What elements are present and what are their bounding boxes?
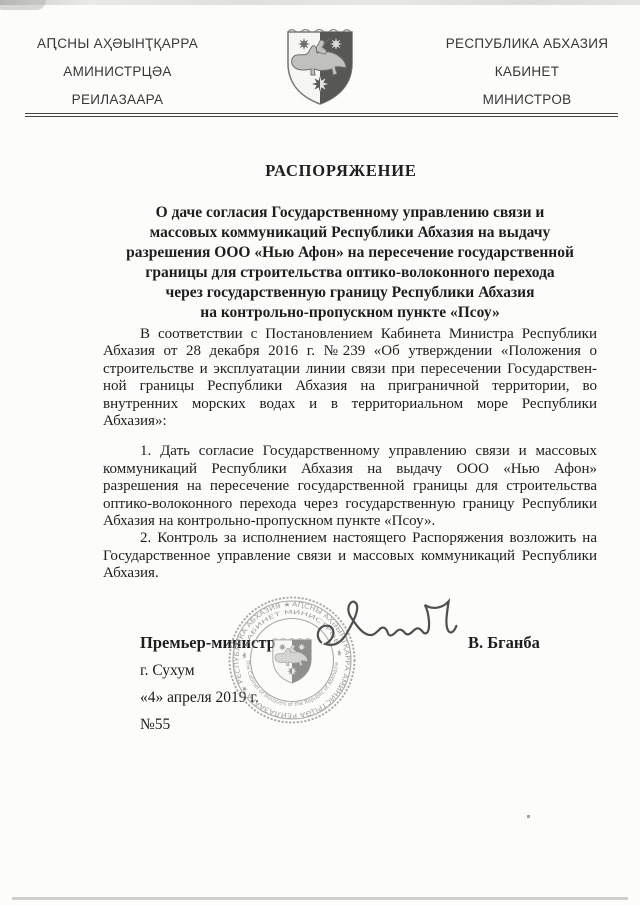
letterhead-abkhazian-line3: РЕИЛАЗААРА (20, 86, 215, 114)
letterhead-russian-line1: РЕСПУБЛИКА АБХАЗИЯ (427, 30, 627, 58)
subject-line: разрешения ООО «Нью Афон» на пересечение… (103, 243, 597, 263)
coat-of-arms-abkhazia-icon (281, 23, 359, 107)
body-line: коммуникаций Республики Абхазия на выдач… (103, 461, 597, 478)
handwritten-signature (300, 581, 465, 667)
letterhead-russian-line3: МИНИСТРОВ (427, 86, 627, 114)
body-line: Государственное управление связи и массо… (103, 548, 597, 565)
body-line: внутренних морских водах и в территориал… (103, 396, 597, 413)
item-1-paragraph: 1. Дать согласие Государственному управл… (103, 443, 597, 530)
body-line: Абхазия. (103, 565, 597, 582)
letterhead-abkhazian-line2: АМИНИСТРЦӘА (20, 58, 215, 86)
scan-artifact-bottom-edge (12, 897, 628, 900)
body-line: строительстве и эксплуатации линии связи… (103, 361, 597, 378)
scan-artifact-top-edge (0, 0, 640, 5)
letterhead-abkhazian: АԤСНЫ АҲӘЫНҬҚАРРА АМИНИСТРЦӘА РЕИЛАЗААРА (20, 30, 215, 114)
body-line: Абхазия на контрольно-пропускном пункте … (103, 513, 597, 530)
body-line: В соответствии с Постановлением Кабинета… (103, 326, 597, 343)
document-body: В соответствии с Постановлением Кабинета… (103, 326, 597, 582)
scanned-document-page: АԤСНЫ АҲӘЫНҬҚАРРА АМИНИСТРЦӘА РЕИЛАЗААРА… (0, 0, 640, 905)
body-line: Абхазия от 28 декабря 2016 г. №239 «Об у… (103, 343, 597, 360)
subject-line: массовых коммуникаций Республики Абхазия… (103, 223, 597, 243)
letterhead-russian-line2: КАБИНЕТ (427, 58, 627, 86)
scan-artifact-smudge (0, 0, 46, 10)
preamble-paragraph: В соответствии с Постановлением Кабинета… (103, 326, 597, 430)
letterhead-abkhazian-line1: АԤСНЫ АҲӘЫНҬҚАРРА (20, 30, 215, 58)
body-line: 1. Дать согласие Государственному управл… (103, 443, 597, 460)
letterhead-russian: РЕСПУБЛИКА АБХАЗИЯ КАБИНЕТ МИНИСТРОВ (427, 30, 627, 114)
subject-line: на контрольно-пропускном пункте «Псоу» (103, 303, 597, 323)
body-line: 2. Контроль за исполнением настоящего Ра… (103, 530, 597, 547)
item-2-paragraph: 2. Контроль за исполнением настоящего Ра… (103, 530, 597, 582)
subject-line: О даче согласия Государственному управле… (103, 203, 597, 223)
body-line: ной границы Республики Абхазия на пригра… (103, 378, 597, 395)
subject-line: границы для строительства оптико-волокон… (103, 263, 597, 283)
document-title: РАСПОРЯЖЕНИЕ (94, 161, 588, 181)
body-line: оптико-волоконного перехода через госуда… (103, 496, 597, 513)
header-divider (25, 113, 618, 117)
body-line: Абхазия»: (103, 413, 597, 430)
document-number: №55 (140, 716, 170, 734)
scan-speck (527, 815, 530, 818)
issue-place: г. Сухум (140, 662, 195, 680)
body-line: разрешения на пересечение государственно… (103, 478, 597, 495)
document-subject: О даче согласия Государственному управле… (103, 203, 597, 323)
signatory-name: В. Бганба (468, 633, 540, 653)
subject-line: через государственную границу Республики… (103, 283, 597, 303)
